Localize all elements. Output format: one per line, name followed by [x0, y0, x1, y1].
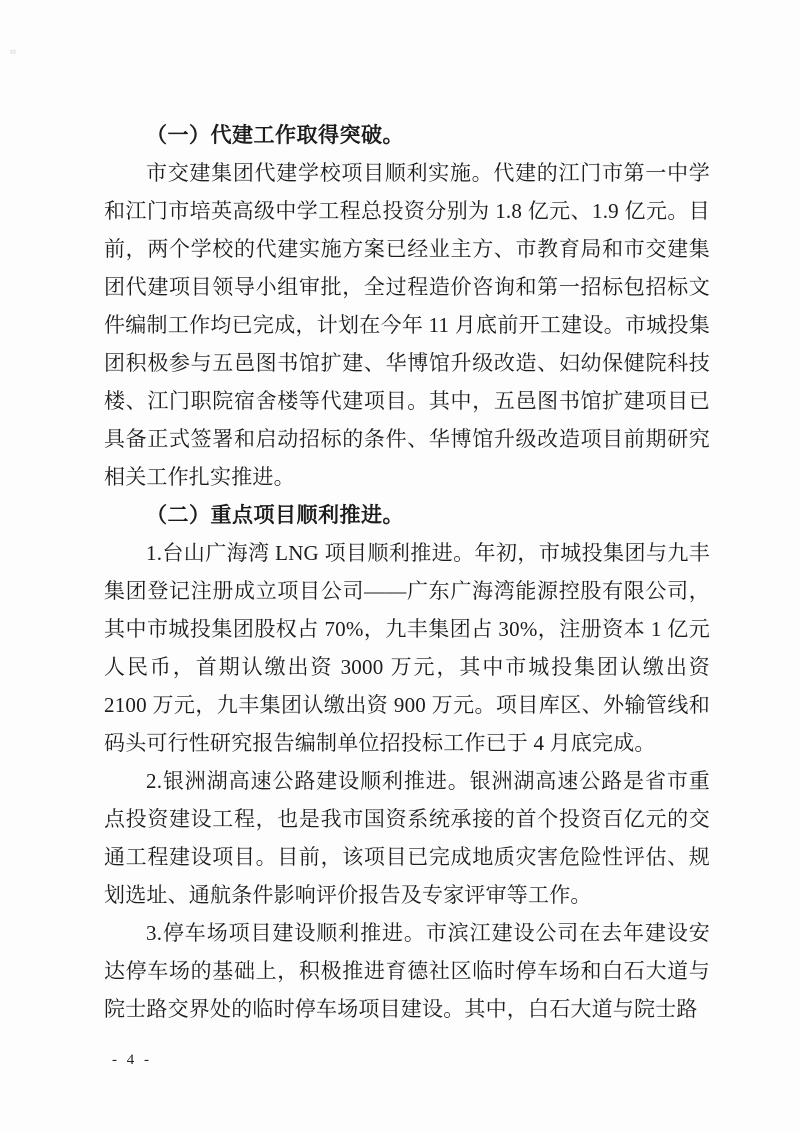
- section-heading-2: （二）重点项目顺利推进。: [104, 496, 710, 534]
- section-heading-1: （一）代建工作取得突破。: [104, 116, 710, 154]
- paragraph-parking-project: 3.停车场项目建设顺利推进。市滨江建设公司在去年建设安达停车场的基础上，积极推进…: [104, 914, 710, 1028]
- paragraph-lng-project: 1.台山广海湾 LNG 项目顺利推进。年初，市城投集团与九丰集团登记注册成立项目…: [104, 534, 710, 762]
- paragraph-agent-construction: 市交建集团代建学校项目顺利实施。代建的江门市第一中学和江门市培英高级中学工程总投…: [104, 154, 710, 496]
- paragraph-expressway-project: 2.银洲湖高速公路建设顺利推进。银洲湖高速公路是省市重点投资建设工程，也是我市国…: [104, 762, 710, 914]
- page-number: - 4 -: [112, 1052, 152, 1069]
- scan-smudge-mark: ≈: [10, 47, 23, 57]
- document-body: （一）代建工作取得突破。 市交建集团代建学校项目顺利实施。代建的江门市第一中学和…: [104, 116, 710, 1028]
